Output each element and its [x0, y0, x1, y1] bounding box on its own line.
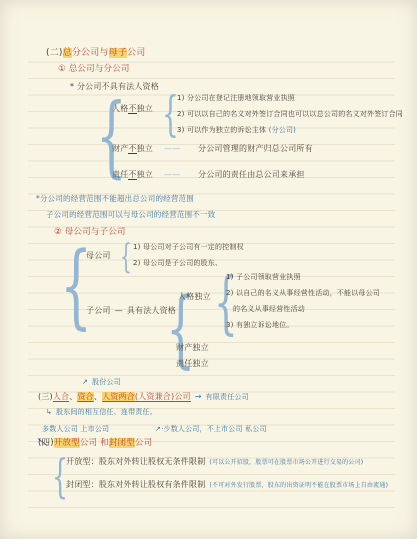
term-closed-hl: 封闭型: [109, 438, 135, 448]
note-text: 股东间的相互信任、连带责任。: [56, 408, 157, 416]
item-text: 2) 以自己的名义从事经营性活动，不能以母公司: [226, 289, 380, 297]
tree2-parent-brace: {: [120, 240, 132, 274]
item-text: 的名义从事经营性活动: [233, 305, 305, 313]
annotation-text: ·少数人公司，不上市公司 私公司: [161, 425, 267, 433]
section-2-number: (二): [46, 48, 63, 58]
text: 分公司管理的财产归总公司所有: [198, 144, 313, 153]
item-text: 2) 母公司是子公司的股东、: [133, 259, 222, 267]
tree1-personality-item3: 3) 可以作为独立的诉讼主体 (分公司): [177, 125, 296, 136]
tree2-parent-label: 母公司: [86, 250, 111, 261]
label: 财产独立: [176, 343, 209, 352]
term-zihe: 资合: [77, 392, 93, 402]
row-text: 股东对外转让股权有条件限制: [99, 480, 206, 489]
label: 责任独立: [176, 359, 209, 368]
item-text: 1) 分公司在登记注册地领取营业执照: [177, 94, 295, 102]
tree2-personality-label: 人格独立: [178, 291, 211, 302]
tree1-personality-item2: 2) 可以以自己的名义对外签订合同也可以以总公司的名义对外签订合同: [177, 109, 403, 120]
h3-annotation-stock: ↗股份公司: [82, 377, 121, 388]
tree1-property-dash: ——: [164, 143, 180, 154]
sub1-number: ①: [58, 64, 69, 74]
tree1-label-personality: 人格不独立: [112, 103, 153, 114]
closed-type-row: 封闭型：股东对外转让股权有条件限制(不可对外发行股票，股东的出资证明不能在股票市…: [66, 479, 388, 491]
row-label: 封闭型：: [66, 480, 99, 489]
tree1-liability-dash: ——: [164, 169, 180, 180]
section-3-heading: (三)人合、资合、人资两合(人资兼合)公司→有限责任公司: [38, 391, 249, 403]
item-text: 1) 子公司领取营业执照: [226, 273, 301, 281]
tree2-property-label: 财产独立: [176, 342, 209, 353]
row-text: 股东对外转让股权无条件限制: [99, 457, 206, 466]
subsidiary-dash: —: [115, 306, 123, 315]
note-text: *分公司的经营范围不能超出总公司的经营范围: [36, 194, 194, 203]
section-2-heading: (二)总分公司与母子公司: [46, 48, 145, 59]
section-4-number: (四): [38, 438, 54, 448]
label-not: 不: [128, 104, 136, 114]
h4-annotation-open: 多数人公司 上市公司: [42, 424, 109, 435]
right-arrow-icon: →: [195, 392, 202, 401]
up-arrow-icon: ↗: [82, 378, 88, 386]
section-2-title-hl1: 总: [63, 48, 72, 58]
label-c: 独立: [137, 104, 153, 113]
annotation-text: 股份公司: [92, 378, 121, 386]
tree2-personality-item2-line1: 2) 以自己的名义从事经营性活动，不能以母公司: [226, 288, 380, 299]
item-text: 2) 可以以自己的名义对外签订合同也可以以总公司的名义对外签订合同: [177, 110, 403, 118]
tree1-liability-text: 分公司的责任由总公司来承担: [198, 169, 305, 180]
label: 母公司: [86, 251, 111, 260]
label-a: 责任: [112, 170, 128, 179]
tree2-parent-item2: 2) 母公司是子公司的股东、: [133, 258, 222, 269]
label-not: 不: [128, 170, 136, 180]
tree2-liability-label: 责任独立: [176, 358, 209, 369]
label-not: 不: [128, 144, 136, 154]
term-renhe: 人合: [53, 392, 69, 402]
tree2-personality-item3: 3) 有独立诉讼地位。: [226, 320, 294, 331]
label-c: 独立: [137, 144, 153, 153]
h4-annotation-closed: ↗·少数人公司，不上市公司 私公司: [155, 424, 267, 435]
label-c: 独立: [137, 170, 153, 179]
section-3-number: (三): [38, 392, 53, 401]
term-open: 公司: [80, 438, 100, 448]
scope-note-subsidiary: 子公司的经营范围可以与母公司的经营范围不一致: [46, 209, 215, 220]
tree2-subsidiary-row: 子公司—具有法人资格: [86, 305, 176, 316]
section-2-title-part2: 公司: [127, 48, 145, 58]
subsidiary-label: 子公司: [86, 306, 111, 315]
section-2-title-hl2: 母子: [109, 48, 127, 58]
item-annotation: (分公司): [269, 126, 296, 134]
label: 人格独立: [178, 292, 211, 301]
tree1-property-text: 分公司管理的财产归总公司所有: [198, 143, 313, 154]
label-a: 人格: [112, 104, 128, 113]
section-3-note: ↳股东间的相互信任、连带责任。: [46, 407, 157, 418]
sub1-title: 总公司与分公司: [69, 64, 130, 74]
item-text: 3) 有独立诉讼地位。: [226, 321, 294, 329]
tree1-label-property: 财产不独立: [112, 143, 153, 154]
open-type-row: 开放型：股东对外转让股权无条件限制(可以公开招股，股票可在股票市场公开进行交易的…: [66, 456, 363, 468]
text: 分公司的责任由总公司来承担: [198, 170, 305, 179]
label-a: 财产: [112, 144, 128, 153]
term-closed: 公司: [135, 438, 152, 448]
row-label: 开放型：: [66, 457, 99, 466]
term-lianghe-hl: 人资两合: [102, 392, 135, 402]
tree2-personality-item2-line2: 的名义从事经营性活动: [233, 304, 305, 315]
separator: 、: [94, 392, 102, 401]
notebook-page: (二)总分公司与母子公司 ① 总公司与分公司 * 分公司不具有法人资格 { 人格…: [0, 0, 417, 539]
scope-note-branch: *分公司的经营范围不能超出总公司的经营范围: [36, 193, 194, 204]
tree1-personality-item1: 1) 分公司在登记注册地领取营业执照: [177, 93, 295, 104]
sub1-heading: ① 总公司与分公司: [58, 64, 130, 75]
section-4-heading: (四)开放型公司 和封闭型公司: [38, 438, 152, 449]
term-and: 和: [100, 438, 109, 448]
note-text: 子公司的经营范围可以与母公司的经营范围不一致: [46, 210, 215, 219]
arrow-target-label: 有限责任公司: [206, 393, 249, 401]
row-paren-note: (可以公开招股，股票可在股票市场公开进行交易的公司): [209, 459, 363, 466]
tree2-parent-item1: 1) 母公司对子公司有一定的控制权: [133, 242, 244, 253]
row-paren-note: (不可对外发行股票，股东的出资证明不能在股票市场上自由流通): [209, 482, 388, 489]
term-lianghe: (人资兼合)公司: [135, 392, 191, 402]
item-text: 1) 母公司对子公司有一定的控制权: [133, 243, 244, 251]
section-2-title-part1: 分公司与: [72, 48, 109, 58]
annotation-text: 多数人公司 上市公司: [42, 425, 109, 433]
tree1-label-liability: 责任不独立: [112, 169, 153, 180]
tree2-personality-item1: 1) 子公司领取营业执照: [226, 272, 301, 283]
item-text: 3) 可以作为独立的诉讼主体: [177, 126, 269, 134]
term-open-hl: 开放型: [54, 438, 80, 448]
hook-arrow-icon: ↳: [46, 408, 52, 416]
